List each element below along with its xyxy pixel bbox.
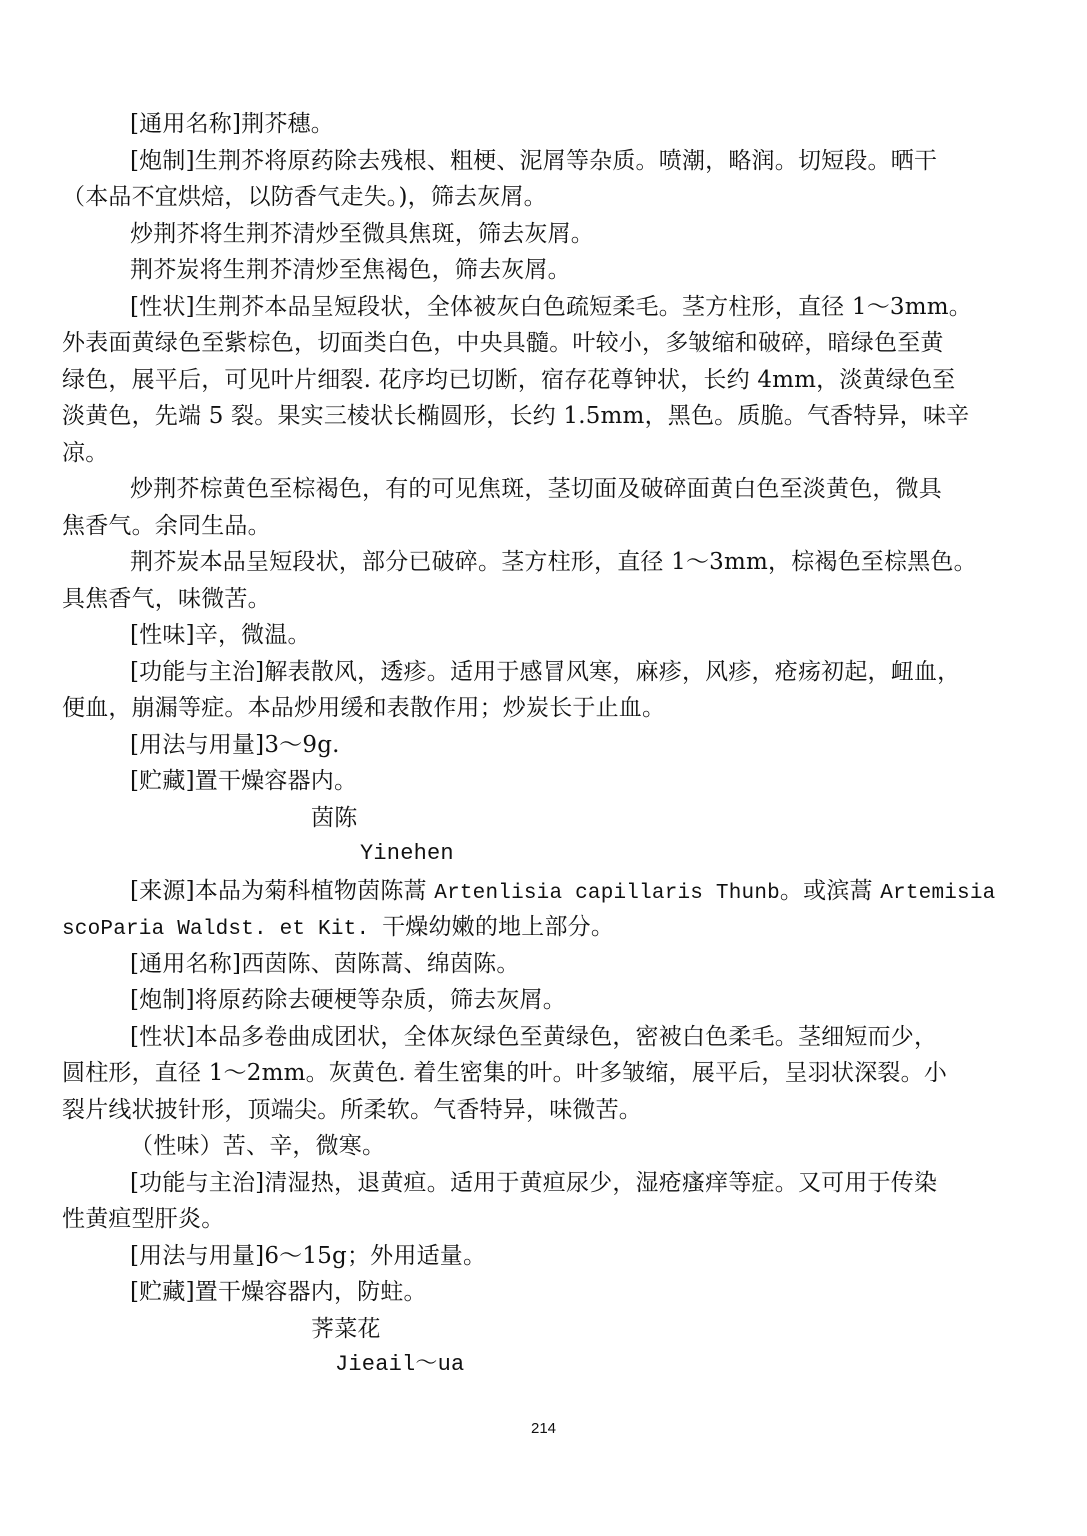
paragraph-characteristics-cont: 裂片线状披针形，顶端尖。所柔软。气香特异，味微苦。: [62, 1092, 1024, 1129]
heading-jicaihua: 荠菜花: [62, 1311, 1024, 1348]
paragraph-characteristics-cont: 绿色，展平后，可见叶片细裂. 花序均已切断，宿存花尊钟状，长约 4mm，淡黄绿色…: [62, 362, 1024, 399]
paragraph-taste: （性味）苦、辛，微寒。: [62, 1128, 1024, 1165]
latin-name: Artemisia: [880, 882, 995, 905]
paragraph-processing-cont: （本品不宜烘焙，以防香气走失。)，筛去灰屑。: [62, 179, 1024, 216]
paragraph-function: [功能与主治]解表散风，透疹。适用于感冒风寒，麻疹，风疹，疮疡初起，衄血，: [62, 654, 1024, 691]
latin-name: scoParia Waldst. et Kit.: [62, 918, 382, 941]
paragraph-source: [来源]本品为菊科植物茵陈蒿 Artenlisia capillaris Thu…: [62, 873, 1024, 910]
paragraph-characteristics-cont: 外表面黄绿色至紫棕色，切面类白色，中央具髓。叶较小，多皱缩和破碎，暗绿色至黄: [62, 325, 1024, 362]
paragraph-characteristics: [性状]生荆芥本品呈短段状，全体被灰白色疏短柔毛。茎方柱形，直径 1～3mm。: [62, 289, 1024, 326]
paragraph-storage: [贮藏]置干燥容器内。: [62, 763, 1024, 800]
paragraph-taste: [性味]辛，微温。: [62, 617, 1024, 654]
source-text: 干燥幼嫩的地上部分。: [382, 914, 614, 940]
document-page: [通用名称]荆芥穗。 [炮制]生荆芥将原药除去残根、粗梗、泥屑等杂质。喷潮，略润…: [62, 106, 1024, 1384]
heading-yinchen: 茵陈: [62, 800, 1024, 837]
paragraph-charcoal: 荆芥炭将生荆芥清炒至焦褐色，筛去灰屑。: [62, 252, 1024, 289]
paragraph-common-name: [通用名称]西茵陈、茵陈蒿、绵茵陈。: [62, 946, 1024, 983]
paragraph-dosage: [用法与用量]6～15g；外用适量。: [62, 1238, 1024, 1275]
source-text: [来源]本品为菊科植物茵陈蒿: [130, 878, 434, 904]
paragraph-characteristics-cont: 淡黄色，先端 5 裂。果实三棱状长椭圆形，长约 1.5mm，黑色。质脆。气香特异…: [62, 398, 1024, 435]
paragraph-charcoal-characteristics: 荆芥炭本品呈短段状，部分已破碎。茎方柱形，直径 1～3mm，棕褐色至棕黑色。: [62, 544, 1024, 581]
paragraph-source-cont: scoParia Waldst. et Kit. 干燥幼嫩的地上部分。: [62, 909, 1024, 946]
paragraph-processing: [炮制]将原药除去硬梗等杂质，筛去灰屑。: [62, 982, 1024, 1019]
paragraph-fried-characteristics-cont: 焦香气。余同生品。: [62, 508, 1024, 545]
paragraph-characteristics: [性状]本品多卷曲成团状，全体灰绿色至黄绿色，密被白色柔毛。茎细短而少，: [62, 1019, 1024, 1056]
heading-yinchen-pinyin: Yinehen: [62, 836, 1024, 873]
paragraph-common-name: [通用名称]荆芥穗。: [62, 106, 1024, 143]
paragraph-function: [功能与主治]清湿热，退黄疸。适用于黄疸尿少，湿疮瘙痒等症。又可用于传染: [62, 1165, 1024, 1202]
paragraph-fried-characteristics: 炒荆芥棕黄色至棕褐色，有的可见焦斑，茎切面及破碎面黄白色至淡黄色，微具: [62, 471, 1024, 508]
heading-jicaihua-pinyin: Jieail～ua: [62, 1347, 1024, 1384]
paragraph-charcoal-characteristics-cont: 具焦香气，味微苦。: [62, 581, 1024, 618]
paragraph-characteristics-cont: 凉。: [62, 435, 1024, 472]
paragraph-fried: 炒荆芥将生荆芥清炒至微具焦斑，筛去灰屑。: [62, 216, 1024, 253]
paragraph-function-cont: 便血，崩漏等症。本品炒用缓和表散作用；炒炭长于止血。: [62, 690, 1024, 727]
paragraph-processing: [炮制]生荆芥将原药除去残根、粗梗、泥屑等杂质。喷潮，略润。切短段。晒干: [62, 143, 1024, 180]
paragraph-storage: [贮藏]置干燥容器内，防蛀。: [62, 1274, 1024, 1311]
paragraph-characteristics-cont: 圆柱形，直径 1～2mm。灰黄色. 着生密集的叶。叶多皱缩，展平后，呈羽状深裂。…: [62, 1055, 1024, 1092]
paragraph-function-cont: 性黄疸型肝炎。: [62, 1201, 1024, 1238]
source-text: 。或滨蒿: [780, 878, 880, 904]
paragraph-dosage: [用法与用量]3～9g.: [62, 727, 1024, 764]
page-number: 214: [0, 1420, 1087, 1437]
latin-name: Artenlisia capillaris Thunb: [434, 882, 780, 905]
